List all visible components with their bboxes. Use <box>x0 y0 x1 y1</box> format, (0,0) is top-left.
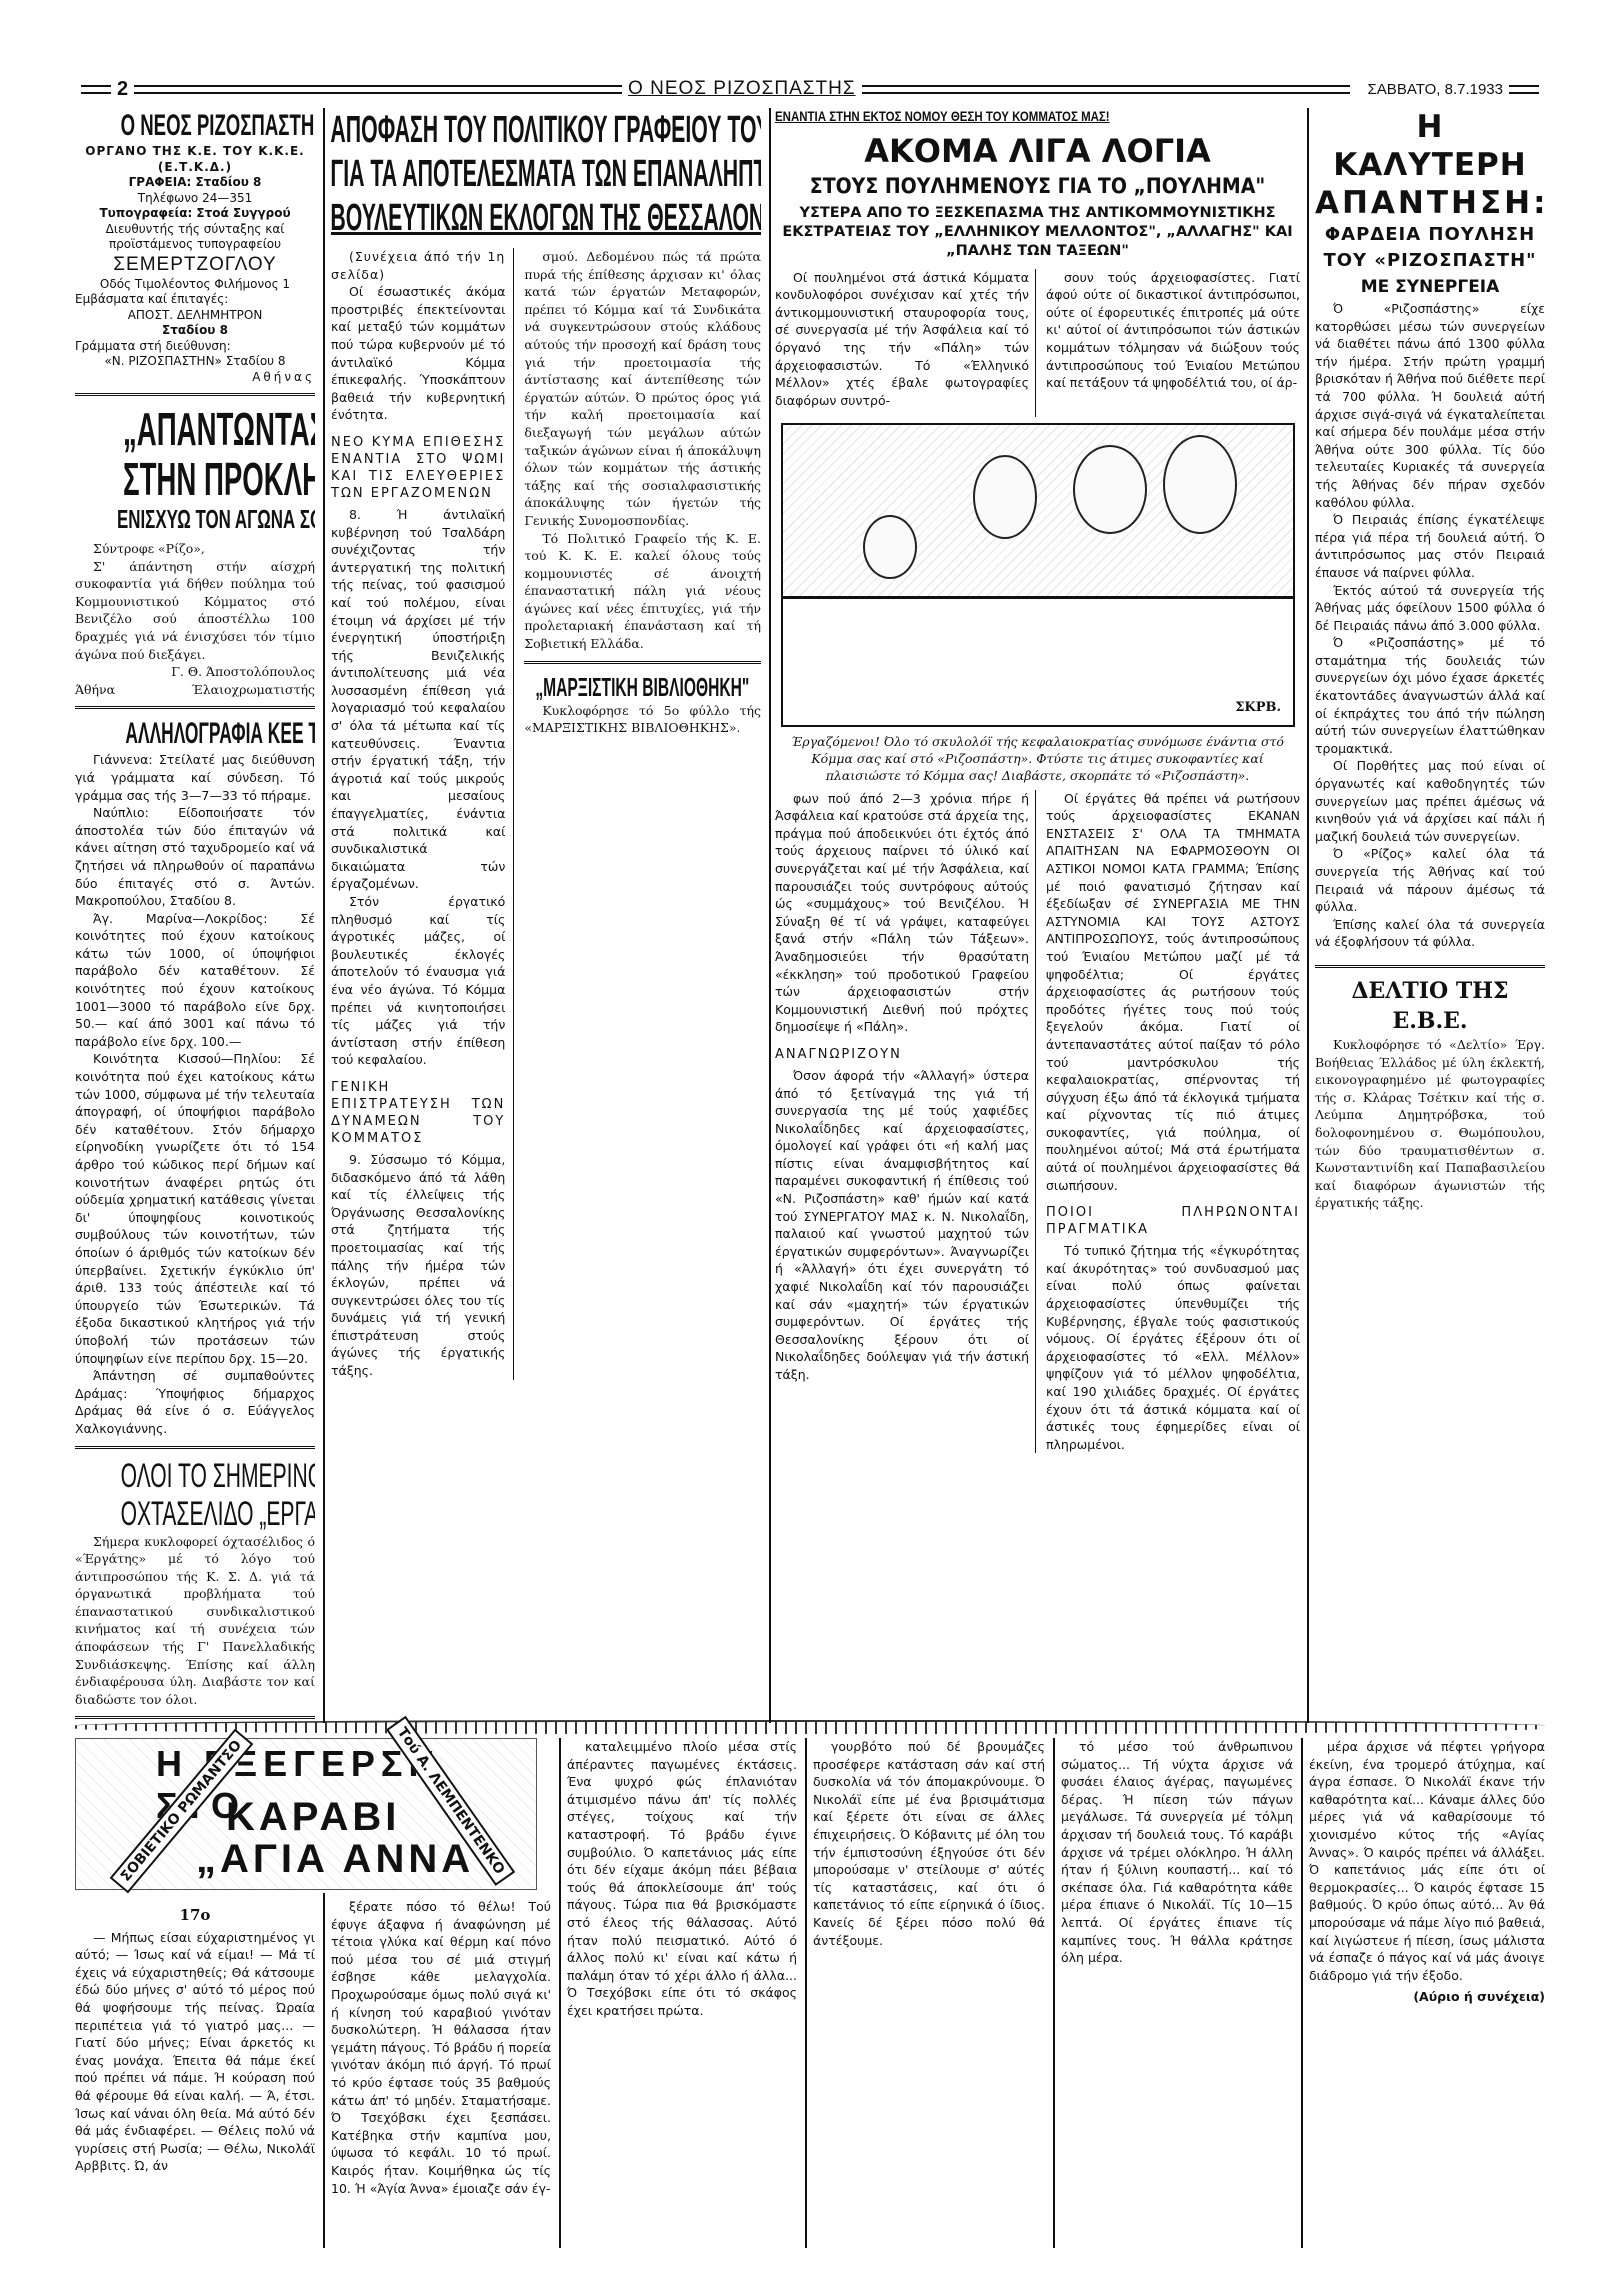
section-title-who-gets-paid: ΠΟΙΟΙ ΠΛΗΡΩΝΟΝΤΑΙ ΠΡΑΓΜΑΤΙΚΑ <box>1046 1204 1300 1238</box>
column-rule <box>559 1738 561 2248</box>
column-rule <box>1301 1738 1303 2248</box>
column-rule <box>1053 1738 1055 2248</box>
letter-role: Έλαιοχρωματιστής <box>192 681 315 699</box>
imprint-remittances-address: Σταδίου 8 <box>75 323 315 339</box>
section-body: 8. Ή άντιλαϊκή κυβέρνηση τού Τσαλδάρη συ… <box>331 506 505 893</box>
divider <box>1315 965 1545 968</box>
serial-col-2: ξέρατε πόσο τό θέλω! Τού έφυγε άξαφνα ή … <box>331 1738 551 2248</box>
correspondence-item: Ναύπλιο: Είδοποιήσατε τόν άποστολέα τών … <box>75 804 315 910</box>
article-col-a: φων πού άπό 2—3 χρόνια πήρε ή Άσφάλεια κ… <box>775 790 1036 1454</box>
correspondence: ΑΛΛΗΛΟΓΡΑΦΙΑ ΚΕΕ ΤΟΥ ΕΜΕΑ Γιάννενα: Στεί… <box>75 717 315 1437</box>
letter-sign-row: Άθήνα Έλαιοχρωματιστής <box>75 681 315 699</box>
imprint: Ο ΝΕΟΣ ΡΙΖΟΣΠΑΣΤΗΣ ΟΡΓΑΝΟ ΤΗΣ Κ.Ε. ΤΟΥ Κ… <box>75 108 315 385</box>
marxist-library-body: Κυκλοφόρησε τό 5ο φύλλο τής «ΜΑΡΞΙΣΤΙΚΗΣ… <box>524 702 761 737</box>
imprint-letters-address: «Ν. ΡΙΖΟΣΠΑΣΤΗΝ» Σταδίου 8 <box>75 354 315 370</box>
newspaper-page: 2 Ο ΝΕΟΣ ΡΙΖΟΣΠΑΣΤΗΣ ΣΑΒΒΑΤΟ, 8.7.1933 Ο… <box>75 78 1545 2248</box>
right-headline-1: Η ΚΑΛΥΤΕΡΗ <box>1315 108 1545 184</box>
politburo-article: ΑΠΟΦΑΣΗ ΤΟΥ ΠΟΛΙΤΙΚΟΥ ΓΡΑΦΕΙΟΥ ΤΟΥ ΚΚΕ Γ… <box>331 108 761 1723</box>
imprint-director-name: ΣΕΜΕΡΤΖΟΓΛΟΥ <box>75 253 315 277</box>
lead-right: σουν τούς άρχειοφασίστες. Γιατί άφού ούτ… <box>1046 269 1300 417</box>
cartoon-figure <box>863 515 917 579</box>
ergatis-notice: ΟΛΟΙ ΤΟ ΣΗΜΕΡΙΝΟ ΟΧΤΑΣΕΛΙΔΟ „ΕΡΓΑΤΗ" Σήμ… <box>75 1457 315 1709</box>
serial-col-1: 17ο — Μήπως είσαι εύχαριστημένος γι αύτό… <box>75 1893 315 2248</box>
masthead-rule <box>134 85 622 94</box>
article-col-b: Οί έργάτες θά πρέπει νά ρωτήσουν τούς άρ… <box>1046 790 1300 1454</box>
article-lead: Οί πουλημένοι στά άστικά Κόμματα κονδυλο… <box>775 269 1300 417</box>
divider <box>524 661 761 664</box>
article-deck: ΥΣΤΕΡΑ ΑΠΟ ΤΟ ΞΕΣΚΕΠΑΣΜΑ ΤΗΣ ΑΝΤΙΚΟΜΜΟΥΝ… <box>775 204 1300 261</box>
right-paragraph: Έπίσης καλεί όλα τά συνεργεία νά έξοφλήσ… <box>1315 916 1545 951</box>
column-rule <box>323 1893 325 2248</box>
lead-left: Οί πουλημένοι στά άστικά Κόμματα κονδυλο… <box>775 269 1036 417</box>
right-headline-5: ΜΕ ΣΥΝΕΡΓΕΙΑ <box>1315 274 1545 300</box>
deltio-body: Κυκλοφόρησε τό «Δελτίο» Έργ. Βοήθειας Έλ… <box>1315 1036 1545 1212</box>
masthead-rule <box>1509 85 1539 94</box>
correspondence-item: Άπάντηση σέ συμπαθούντες Δράμας: Ύποψήφι… <box>75 1367 315 1437</box>
serial-col-6: μέρα άρχισε νά πέφτει γρήγορα έκείνη, έν… <box>1309 1738 1545 2248</box>
column-rule <box>323 108 325 1723</box>
letter-headline-1: „ΑΠΑΝΤΩΝΤΑΣ <box>123 404 267 454</box>
divider <box>75 1716 315 1719</box>
serial-text: — Μήπως είσαι εύχαριστημένος γι αύτό; — … <box>75 1929 315 2175</box>
politburo-body: (Συνέχεια άπό τήν 1η σελίδα) Οί έσωαστικ… <box>331 248 761 1380</box>
column-rule <box>769 108 771 1723</box>
serial-text: γουρβότο πού δέ βρουμάζες προσέφερε κατά… <box>813 1738 1045 1949</box>
column-rule <box>1307 108 1309 1723</box>
masthead-rule <box>81 85 111 94</box>
serial-text: μέρα άρχισε νά πέφτει γρήγορα έκείνη, έν… <box>1309 1738 1545 1984</box>
right-headline-3: ΦΑΡΔΕΙΑ ΠΟΥΛΗΣΗ <box>1315 222 1545 248</box>
article-text: φων πού άπό 2—3 χρόνια πήρε ή Άσφάλεια κ… <box>775 790 1029 1036</box>
imprint-city: Αθήνας <box>75 370 315 386</box>
article-text: Οί έργάτες θά πρέπει νά ρωτήσουν τούς άρ… <box>1046 790 1300 1195</box>
imprint-printing: Τυπογραφεία: Στοά Συγγρού <box>75 206 315 222</box>
section-body: 9. Σύσσωμο τό Κόμμα, διδασκόμενο άπό τά … <box>331 1151 505 1380</box>
serial-chapter: 17ο <box>75 1907 315 1925</box>
correspondence-item: Άγ. Μαρίνα—Λοκρίδος: Σέ κοινότητες πού έ… <box>75 910 315 1051</box>
imprint-offices: ΓΡΑΦΕΙΑ: Σταδίου 8 <box>75 175 315 191</box>
masthead-rule <box>862 85 1350 94</box>
marxist-library-headline: „ΜΑΡΞΙΣΤΙΚΗ ΒΙΒΛΙΟΘΗΚΗ" <box>536 672 750 702</box>
politburo-col-a: (Συνέχεια άπό τήν 1η σελίδα) Οί έσωαστικ… <box>331 248 514 1380</box>
imprint-letters-label: Γράμματα στή διεύθυνση: <box>75 339 315 355</box>
imprint-phone: Τηλέφωνο 24—351 <box>75 191 315 207</box>
article-body: φων πού άπό 2—3 χρόνια πήρε ή Άσφάλεια κ… <box>775 790 1300 1454</box>
serial-col-5: τό μέσο τού άνθρωπινου σώματος... Τή νύχ… <box>1061 1738 1293 2248</box>
reader-letter: „ΑΠΑΝΤΩΝΤΑΣ ΣΤΗΝ ΠΡΟΚΛΗΣΗ ΕΝΙΣΧΥΩ ΤΟΝ ΑΓ… <box>75 404 315 698</box>
right-paragraph: Ό «Ριζοσπάστης» είχε κατορθώσει μέσω τών… <box>1315 300 1545 511</box>
politburo-headline-3: ΒΟΥΛΕΥΤΙΚΩΝ ΕΚΛΟΓΩΝ ΤΗΣ ΘΕΣΣΑΛΟΝΙΚΗΣ <box>331 196 761 240</box>
cartoon-caption: Έργαζόμενοι! Όλο τό σκυλολόϊ τής κεφαλαι… <box>775 733 1300 784</box>
divider <box>75 1446 315 1449</box>
right-paragraph: Οί Πορθήτες μας πού είναι οί όργανωτές κ… <box>1315 757 1545 845</box>
serial-continued: (Αύριο ή συνέχεια) <box>1309 1988 1545 2006</box>
politburo-headline-1: ΑΠΟΦΑΣΗ ΤΟΥ ΠΟΛΙΤΙΚΟΥ ΓΡΑΦΕΙΟΥ ΤΟΥ ΚΚΕ <box>331 108 761 152</box>
letter-place: Άθήνα <box>75 681 115 699</box>
masthead: 2 Ο ΝΕΟΣ ΡΙΖΟΣΠΑΣΤΗΣ ΣΑΒΒΑΤΟ, 8.7.1933 <box>75 78 1545 100</box>
ergatis-headline-2: ΟΧΤΑΣΕΛΙΔΟ „ΕΡΓΑΤΗ" <box>121 1495 270 1533</box>
imprint-remittances-label: Εμβάσματα καί έπιταγές: <box>75 292 315 308</box>
section-body: σμού. Δεδομένου πώς τά πρώτα πυρά τής έπ… <box>524 248 761 530</box>
ergatis-body: Σήμερα κυκλοφορεί όχτασέλιδος ό «Έργάτης… <box>75 1533 315 1709</box>
serial-text: καταλειμμένο πλοίο μέσα στίς άπέραντες π… <box>567 1738 797 2020</box>
imprint-organ: ΟΡΓΑΝΟ ΤΗΣ Κ.Ε. ΤΟΥ Κ.Κ.Ε. (Ε.Τ.Κ.Δ.) <box>75 144 315 175</box>
serial-text: τό μέσο τού άνθρωπινου σώματος... Τή νύχ… <box>1061 1738 1293 1967</box>
correspondence-headline: ΑΛΛΗΛΟΓΡΑΦΙΑ ΚΕΕ ΤΟΥ ΕΜΕΑ <box>125 717 264 751</box>
serial-text: ξέρατε πόσο τό θέλω! Τού έφυγε άξαφνα ή … <box>331 1898 551 2197</box>
correspondence-item: Κοινότητα Κισσού—Πηλίου: Σέ κοινότητα πο… <box>75 1050 315 1367</box>
divider <box>75 393 315 396</box>
right-paragraph: Ό «Ριζοσπάστης» μέ τό σταμάτημα τής δουλ… <box>1315 634 1545 757</box>
left-column: Ο ΝΕΟΣ ΡΙΖΟΣΠΑΣΤΗΣ ΟΡΓΑΝΟ ΤΗΣ Κ.Ε. ΤΟΥ Κ… <box>75 108 315 1723</box>
cartoon-desk <box>783 596 1293 725</box>
central-article: ΕΝΑΝΤΙΑ ΣΤΗΝ ΕΚΤΟΣ ΝΟΜΟΥ ΘΕΣΗ ΤΟΥ ΚΟΜΜΑΤ… <box>775 108 1300 1723</box>
imprint-remittances-name: ΑΠΟΣΤ. ΔΕΛΗΜΗΤΡΟΝ <box>75 308 315 324</box>
article-text: Όσον άφορά τήν «Άλλαγή» ύστερα άπό τό ξε… <box>775 1067 1029 1384</box>
article-headline: ΑΚΟΜΑ ΛΙΓΑ ΛΟΓΙΑ <box>775 130 1300 172</box>
serial-col-3: καταλειμμένο πλοίο μέσα στίς άπέραντες π… <box>567 1738 797 2248</box>
letter-headline-2: ΣΤΗΝ ΠΡΟΚΛΗΣΗ <box>123 454 267 504</box>
imprint-director-address: Οδός Τιμολέοντος Φιλήμονος 1 <box>75 277 315 293</box>
section-body: Στόν έργατικό πληθυσμό καί τίς άγροτικές… <box>331 893 505 1069</box>
right-paragraph: Ό Πειραιάς έπίσης έγκατέλειψε πέρα γιά π… <box>1315 511 1545 581</box>
cartoon-figure <box>1073 445 1147 534</box>
ergatis-headline-1: ΟΛΟΙ ΤΟ ΣΗΜΕΡΙΝΟ <box>121 1457 270 1495</box>
divider <box>75 706 315 709</box>
right-headline-4: ΤΟΥ «ΡΙΖΟΣΠΑΣΤΗ" <box>1315 248 1545 274</box>
letter-body: Σ' άπάντηση στήν αίσχρή συκοφαντία γιά δ… <box>75 558 315 664</box>
right-paragraph: Ό «Ρίζος» καλεί όλα τά συνεργεία τής Άθή… <box>1315 845 1545 915</box>
cartoon-figure <box>973 455 1037 539</box>
letter-salutation: Σύντροφε «Ρίζο», <box>75 540 315 558</box>
letter-signature: Γ. Θ. Άποστολόπουλος <box>75 663 315 681</box>
issue-date: ΣΑΒΒΑΤΟ, 8.7.1933 <box>1368 81 1503 98</box>
correspondence-item: Γιάννενα: Στείλατέ μας διεύθυνση γιά γρά… <box>75 751 315 804</box>
article-text: Τό τυπικό ζήτημα τής «έγκυρότητας καί άκ… <box>1046 1242 1300 1453</box>
cartoon-figure <box>1163 435 1237 534</box>
right-headline-2: ΑΠΑΝΤΗΣΗ: <box>1315 184 1545 222</box>
deltio-notice: ΔΕΛΤΙΟ ΤΗΣ Ε.Β.Ε. Κυκλοφόρησε τό «Δελτίο… <box>1315 976 1545 1212</box>
newspaper-name: Ο ΝΕΟΣ ΡΙΖΟΣΠΑΣΤΗΣ <box>628 78 856 100</box>
imprint-title: Ο ΝΕΟΣ ΡΙΖΟΣΠΑΣΤΗΣ <box>121 108 270 144</box>
right-column: Η ΚΑΛΥΤΕΡΗ ΑΠΑΝΤΗΣΗ: ΦΑΡΔΕΙΑ ΠΟΥΛΗΣΗ ΤΟΥ… <box>1315 108 1545 1723</box>
section-title-mobilization: ΓΕΝΙΚΗ ΕΠΙΣΤΡΑΤΕΥΣΗ ΤΩΝ ΔΥΝΑΜΕΩΝ ΤΟΥ ΚΟΜ… <box>331 1079 505 1147</box>
politburo-closing: Τό Πολιτικό Γραφείο τής Κ. Ε. τού Κ. Κ. … <box>524 530 761 653</box>
right-paragraph: Έκτός αύτού τά συνεργεία τής Άθήνας μάς … <box>1315 582 1545 635</box>
serial-col-4: γουρβότο πού δέ βρουμάζες προσέφερε κατά… <box>813 1738 1045 2248</box>
continued-from: (Συνέχεια άπό τήν 1η σελίδα) <box>331 248 505 283</box>
cartoon-signature: ΣΚΡΒ. <box>1235 699 1281 717</box>
imprint-director-label: Διευθυντής τής σύνταξης καί προϊστάμενος… <box>75 222 315 253</box>
politburo-intro: Οί έσωαστικές άκόμα προστριβές έπεκτείνο… <box>331 283 505 424</box>
letter-headline-3: ΕΝΙΣΧΥΩ ΤΟΝ ΑΓΩΝΑ ΣΟΥ"; <box>117 504 273 534</box>
political-cartoon: ΣΚΡΒ. <box>781 423 1295 727</box>
page-number: 2 <box>117 78 128 101</box>
politburo-headline-2: ΓΙΑ ΤΑ ΑΠΟΤΕΛΕΣΜΑΤΑ ΤΩΝ ΕΠΑΝΑΛΗΠΤΙΚΩΝ <box>331 152 761 196</box>
article-headline-2: ΣΤΟΥΣ ΠΟΥΛΗΜΕΝΟΥΣ ΓΙΑ ΤΟ „ΠΟΥΛΗΜΑ" <box>801 172 1274 200</box>
article-kicker: ΕΝΑΝΤΙΑ ΣΤΗΝ ΕΚΤΟΣ ΝΟΜΟΥ ΘΕΣΗ ΤΟΥ ΚΟΜΜΑΤ… <box>775 108 1206 126</box>
column-rule <box>805 1738 807 2248</box>
section-title-recognize: ΑΝΑΓΝΩΡΙΖΟΥΝ <box>775 1046 1029 1063</box>
wavy-divider <box>75 1720 1545 1734</box>
section-title-new-wave: ΝΕΟ ΚΥΜΑ ΕΠΙΘΕΣΗΣ ΕΝΑΝΤΙΑ ΣΤΟ ΨΩΜΙ ΚΑΙ Τ… <box>331 434 505 502</box>
politburo-col-b: σμού. Δεδομένου πώς τά πρώτα πυρά τής έπ… <box>524 248 761 1380</box>
deltio-headline: ΔΕΛΤΙΟ ΤΗΣ Ε.Β.Ε. <box>1315 976 1545 1036</box>
